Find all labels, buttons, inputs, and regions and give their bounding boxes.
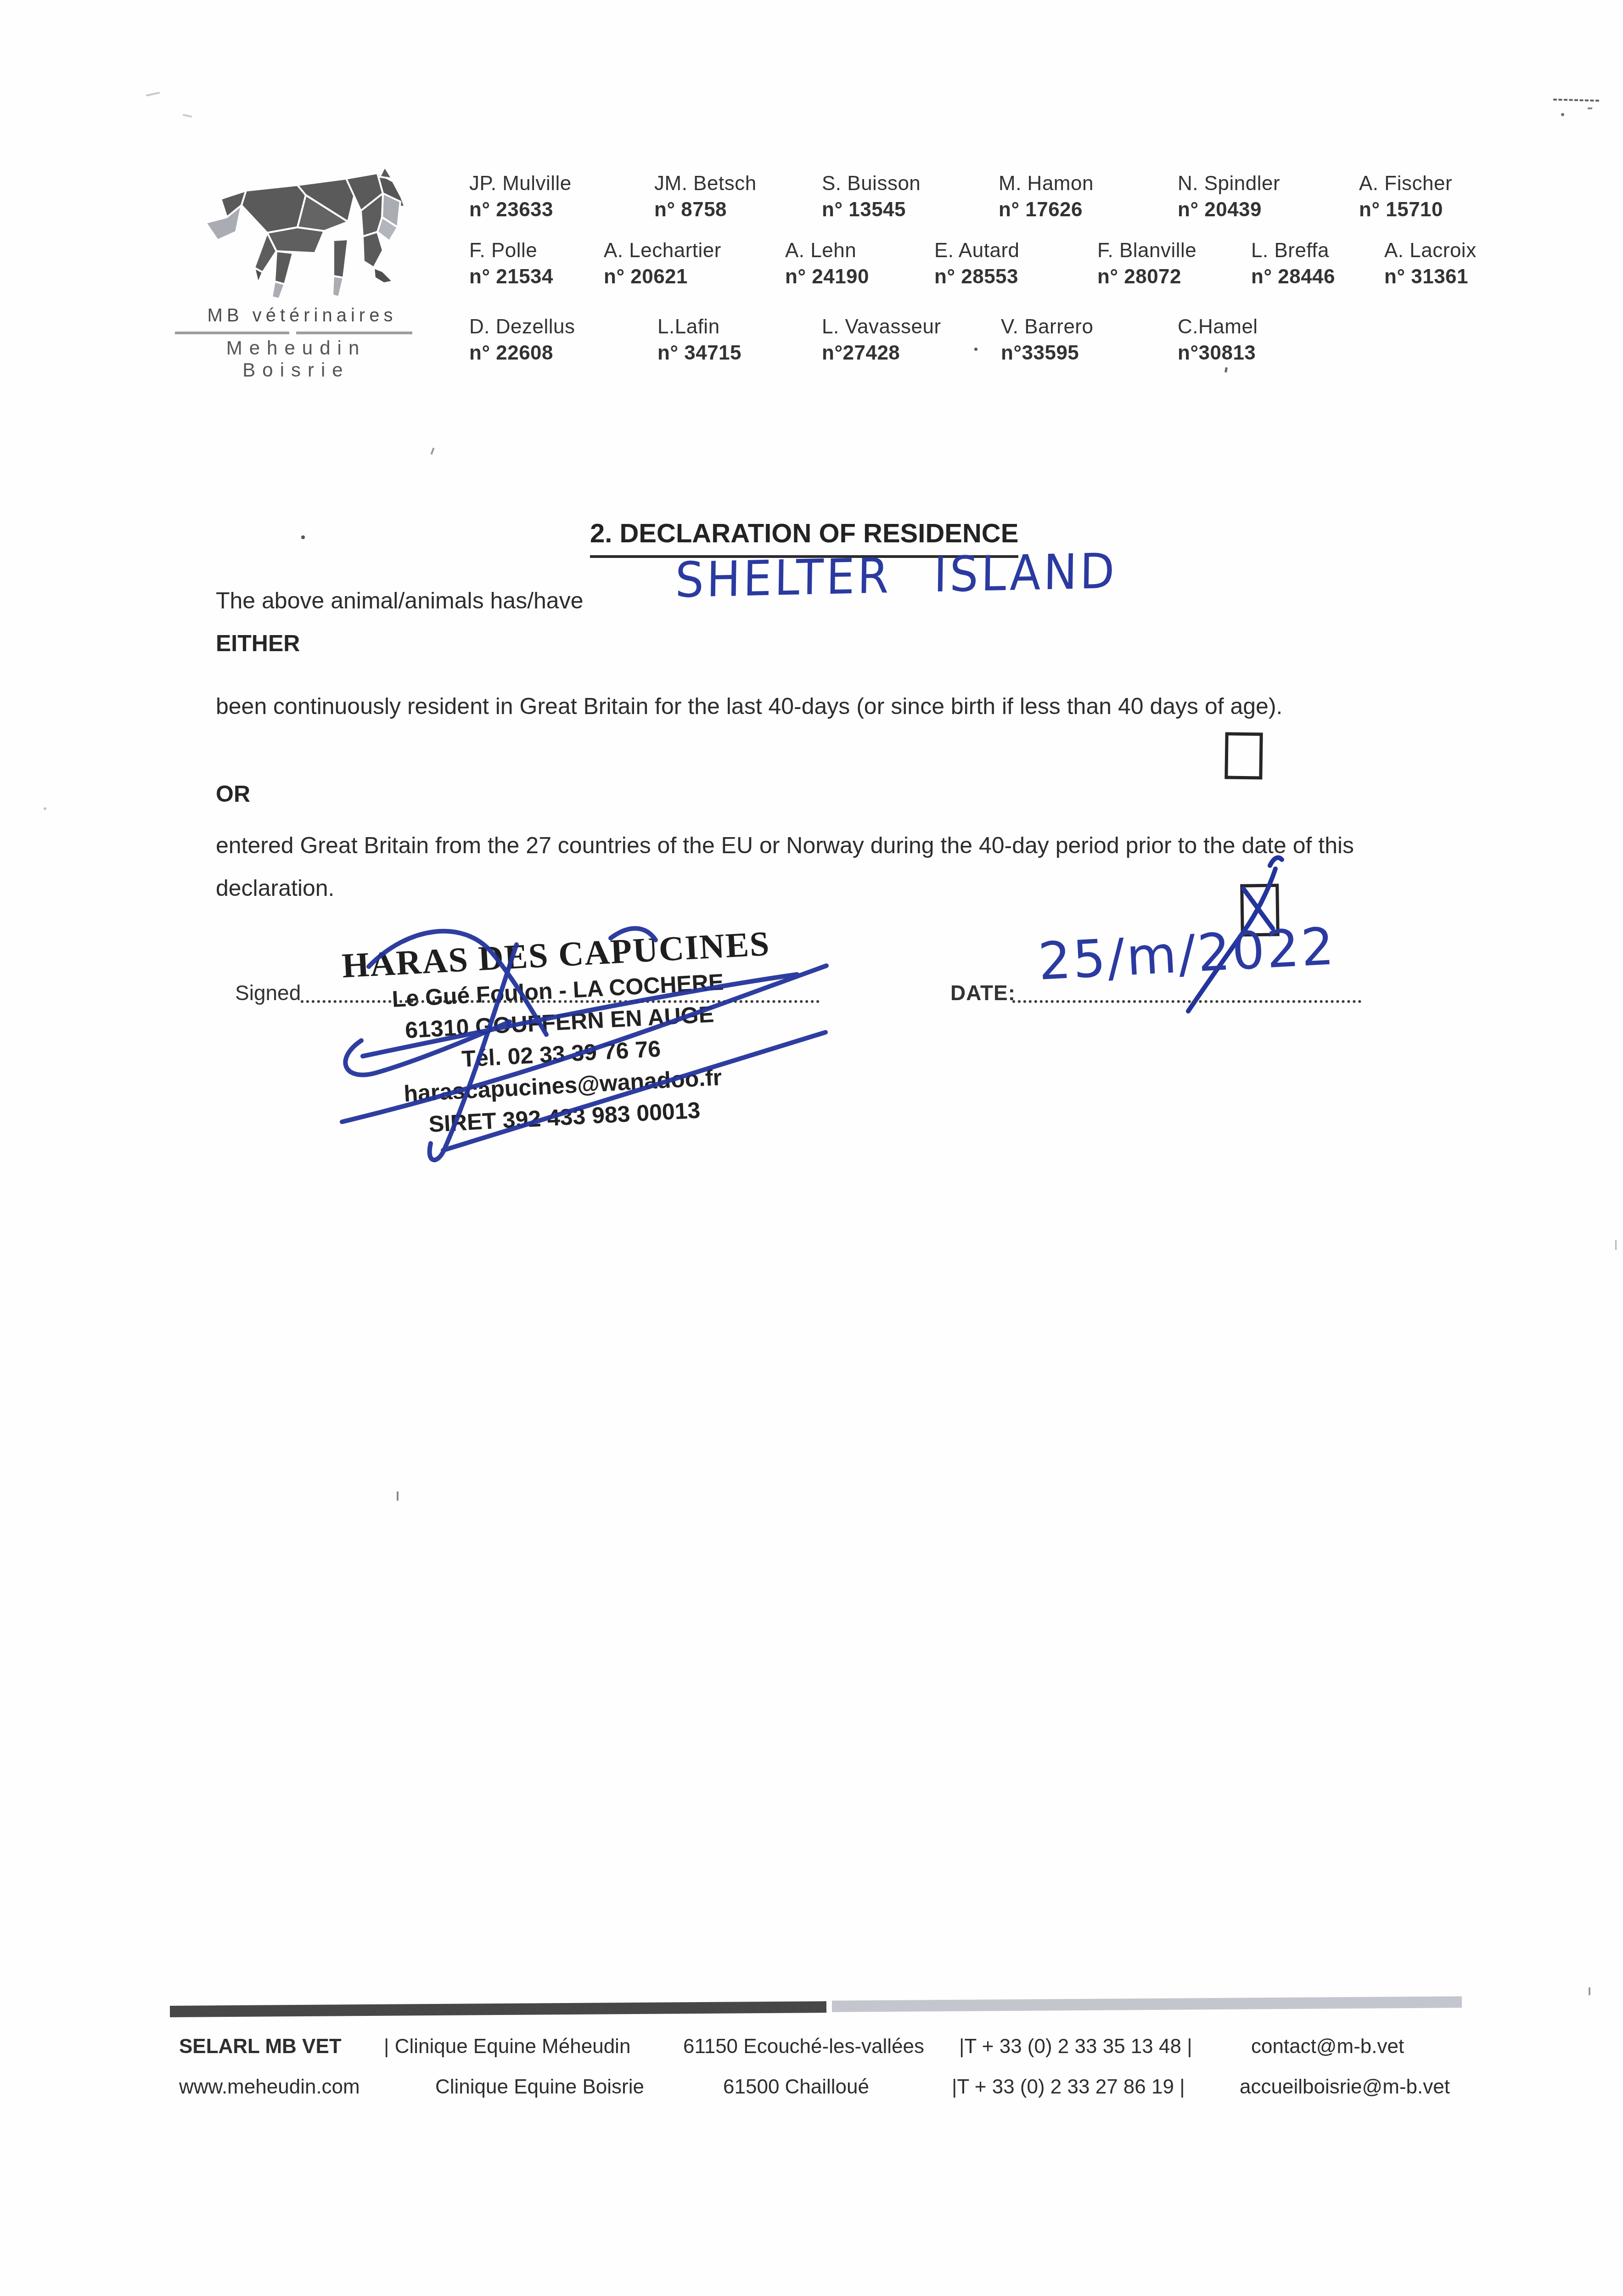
- footer-clinic-1: | Clinique Equine Méheudin: [384, 2035, 630, 2058]
- vet-number: n° 8758: [654, 200, 757, 220]
- vet-entry: V. Barrero n°33595: [1001, 317, 1093, 363]
- residence-option-1: been continuously resident in Great Brit…: [216, 685, 1341, 728]
- vet-name: E. Autard: [934, 241, 1020, 261]
- scan-mark: [1561, 113, 1564, 116]
- vet-entry: L. Vavasseur n°27428: [822, 317, 941, 363]
- vet-name: N. Spindler: [1178, 174, 1280, 194]
- vet-number: n°27428: [822, 343, 941, 363]
- vet-name: L.Lafin: [657, 317, 741, 337]
- vet-name: M. Hamon: [999, 174, 1094, 194]
- footer-email-2: accueilboisrie@m-b.vet: [1240, 2076, 1450, 2099]
- scan-smudge: [183, 114, 192, 118]
- vet-number: n° 20439: [1178, 200, 1280, 220]
- vet-number: n° 34715: [657, 343, 741, 363]
- vet-name: F. Blanville: [1097, 241, 1196, 261]
- vet-number: n° 28446: [1251, 267, 1335, 287]
- vet-number: n° 23633: [469, 200, 572, 220]
- vet-number: n° 31361: [1384, 267, 1477, 287]
- scan-smudge: [146, 92, 160, 96]
- vet-number: n° 15710: [1359, 200, 1452, 220]
- scan-mark: [1589, 1987, 1590, 1995]
- scan-mark: [397, 1491, 399, 1501]
- vet-name: F. Polle: [469, 241, 553, 261]
- scan-mark: [1615, 1240, 1617, 1250]
- vet-number: n° 28553: [934, 267, 1020, 287]
- vet-number: n° 28072: [1097, 267, 1196, 287]
- vet-entry: C.Hamel n°30813: [1178, 317, 1258, 363]
- vet-number: n° 24190: [785, 267, 869, 287]
- footer-bar-dark: [170, 2001, 826, 2017]
- or-label: OR: [216, 781, 250, 807]
- scan-mark: [431, 448, 435, 455]
- vet-name: D. Dezellus: [469, 317, 575, 337]
- pen-signature: [317, 912, 900, 1169]
- vet-name: A. Lacroix: [1384, 241, 1477, 261]
- vet-name: S. Buisson: [822, 174, 921, 194]
- footer-phone-2: |T + 33 (0) 2 33 27 86 19 |: [952, 2076, 1185, 2099]
- scan-mark: [1553, 99, 1599, 102]
- vet-name: A. Lehn: [785, 241, 869, 261]
- vet-name: A. Fischer: [1359, 174, 1452, 194]
- footer-bar-light: [832, 1996, 1462, 2012]
- footer-address-2: 61500 Chailloué: [723, 2076, 869, 2099]
- footer-website: www.meheudin.com: [179, 2076, 360, 2099]
- vet-number: n° 20621: [604, 267, 721, 287]
- vet-entry: A. Fischer n° 15710: [1359, 174, 1452, 220]
- clinic-logo-brand: MB vétérinaires: [183, 305, 421, 326]
- date-label: DATE:: [950, 980, 1016, 1005]
- vet-number: n° 22608: [469, 343, 575, 363]
- logo-underline: [296, 332, 412, 334]
- logo-underline: [175, 332, 289, 334]
- vet-entry: L.Lafin n° 34715: [657, 317, 741, 363]
- vet-entry: JM. Betsch n° 8758: [654, 174, 757, 220]
- vet-entry: F. Polle n° 21534: [469, 241, 553, 287]
- checkbox-option-1[interactable]: [1224, 732, 1263, 779]
- vet-number: n°30813: [1178, 343, 1258, 363]
- either-label: EITHER: [216, 630, 300, 657]
- footer-address-1: 61150 Ecouché-les-vallées: [683, 2035, 924, 2058]
- vet-name: JM. Betsch: [654, 174, 757, 194]
- vet-entry: L. Breffa n° 28446: [1251, 241, 1335, 287]
- footer-company: SELARL MB VET: [179, 2035, 342, 2058]
- vet-name: C.Hamel: [1178, 317, 1258, 337]
- scan-dot: [974, 348, 977, 351]
- clinic-logo-names: Meheudin Boisrie: [172, 337, 420, 381]
- vet-number: n° 17626: [999, 200, 1094, 220]
- vet-name: JP. Mulville: [469, 174, 572, 194]
- scan-dot: [1224, 367, 1228, 373]
- vet-number: n° 13545: [822, 200, 921, 220]
- horse-logo-icon: [177, 163, 434, 301]
- vet-name: L. Vavasseur: [822, 317, 941, 337]
- vet-entry: A. Lacroix n° 31361: [1384, 241, 1477, 287]
- vet-name: V. Barrero: [1001, 317, 1093, 337]
- vet-entry: N. Spindler n° 20439: [1178, 174, 1280, 220]
- footer-phone-1: |T + 33 (0) 2 33 35 13 48 |: [959, 2035, 1192, 2058]
- scan-dot: [301, 535, 305, 539]
- vet-name: L. Breffa: [1251, 241, 1335, 261]
- vet-number: n° 21534: [469, 267, 553, 287]
- vet-entry: A. Lechartier n° 20621: [604, 241, 721, 287]
- footer-clinic-2: Clinique Equine Boisrie: [435, 2076, 644, 2099]
- scan-mark: [1588, 107, 1592, 109]
- vet-name: A. Lechartier: [604, 241, 721, 261]
- residence-intro-label: The above animal/animals has/have: [216, 580, 583, 622]
- vet-entry: JP. Mulville n° 23633: [469, 174, 572, 220]
- vet-entry: S. Buisson n° 13545: [822, 174, 921, 220]
- vet-entry: E. Autard n° 28553: [934, 241, 1020, 287]
- vet-entry: A. Lehn n° 24190: [785, 241, 869, 287]
- scan-dot: [44, 807, 46, 810]
- handwritten-location: SHELTER ISLAND: [675, 543, 1118, 609]
- vet-entry: D. Dezellus n° 22608: [469, 317, 575, 363]
- vet-number: n°33595: [1001, 343, 1093, 363]
- footer-email-1: contact@m-b.vet: [1251, 2035, 1404, 2058]
- vet-entry: F. Blanville n° 28072: [1097, 241, 1196, 287]
- scanned-declaration-document: MB vétérinaires Meheudin Boisrie JP. Mul…: [0, 0, 1623, 2296]
- vet-entry: M. Hamon n° 17626: [999, 174, 1094, 220]
